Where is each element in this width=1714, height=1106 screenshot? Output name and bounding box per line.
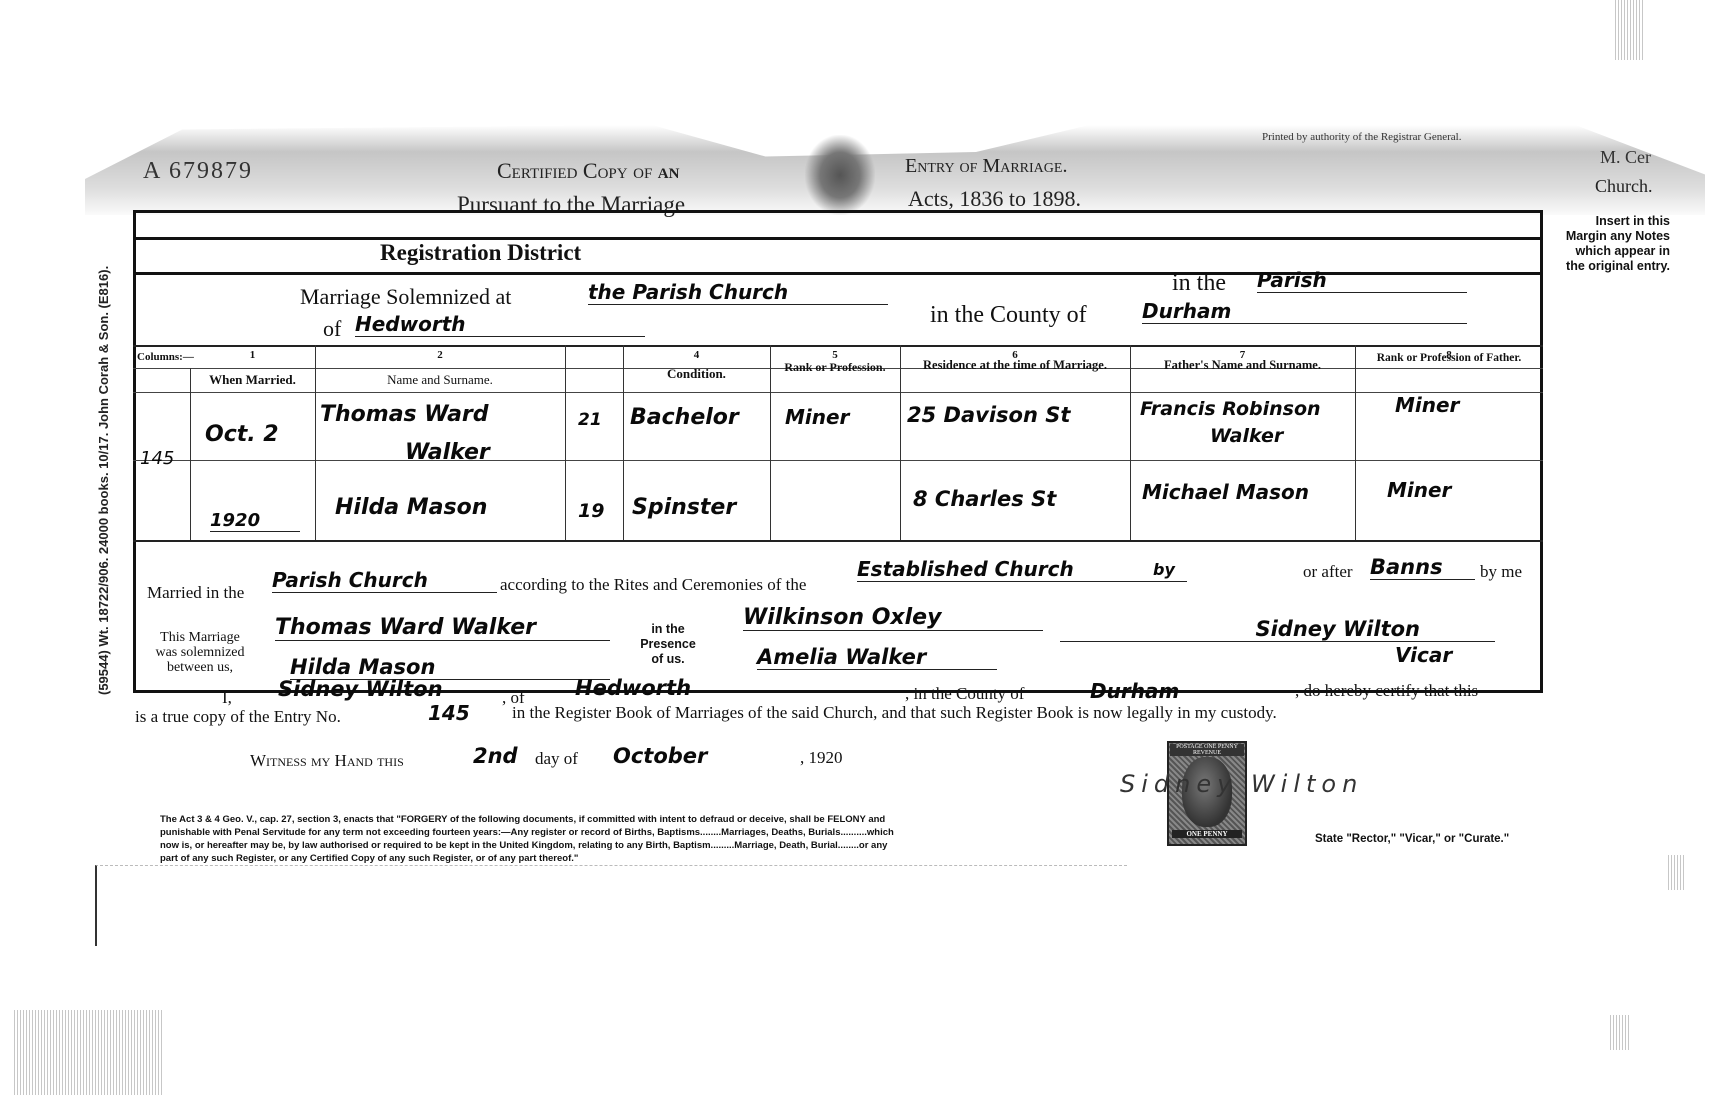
married-in-label: Married in the: [147, 583, 244, 603]
party-1-signature: Thomas Ward Walker: [275, 615, 610, 641]
grid-line: [1130, 345, 1131, 540]
column-header-condition: Condition.: [623, 366, 770, 382]
county-value: Durham: [1142, 299, 1467, 324]
solemnized-label: Marriage Solemnized at: [300, 284, 511, 310]
grid-line: [190, 368, 191, 540]
certifier-name: Sidney Wilton: [278, 677, 443, 701]
title-an: an: [658, 158, 680, 183]
scan-noise: [14, 1010, 164, 1095]
royal-coat-of-arms-icon: [805, 135, 875, 215]
groom-profession: Miner: [785, 405, 849, 429]
column-number: 1: [190, 349, 315, 361]
groom-residence: 25 Davison St: [907, 403, 1070, 427]
registration-district-label: Registration District: [380, 240, 581, 266]
entry-date-day: Oct. 2: [205, 422, 279, 447]
or-after-value: Banns: [1370, 555, 1475, 580]
rites-value: Established Church: [857, 557, 1187, 582]
solemnized-place: the Parish Church: [588, 280, 888, 305]
scan-noise: [1668, 855, 1686, 890]
forgery-legal-notice: The Act 3 & 4 Geo. V., cap. 27, section …: [160, 813, 895, 865]
title-line-4: Acts, 1836 to 1898.: [908, 186, 1081, 212]
bride-name: Hilda Mason: [335, 495, 487, 520]
cert-county-label: , in the County of: [905, 684, 1024, 704]
scan-noise: [1610, 1015, 1630, 1050]
frame-divider: [133, 237, 1543, 240]
grid-line: [900, 345, 901, 540]
stamp-top-text: POSTAGE ONE PENNY REVENUE: [1170, 744, 1244, 756]
rites-label: according to the Rites and Ceremonies of…: [500, 575, 806, 595]
day-of-label: day of: [535, 749, 578, 769]
witness-2-signature: Amelia Walker: [757, 645, 997, 670]
column-header-rank: Rank or Profession.: [770, 360, 900, 375]
grid-line: [565, 345, 566, 540]
column-header-when-married: When Married.: [190, 372, 315, 388]
by-label: by: [1153, 560, 1175, 579]
column-header-father-name: Father's Name and Surname.: [1130, 358, 1355, 373]
in-the-label: in the: [1172, 270, 1226, 297]
column-number: 2: [315, 349, 565, 361]
between-us-label: This Marriage was solemnized between us,: [150, 630, 250, 675]
state-title-note: State "Rector," "Vicar," or "Curate.": [1315, 833, 1509, 845]
groom-age: 21: [578, 410, 602, 430]
cert-certify-text: , do hereby certify that this: [1295, 681, 1478, 701]
groom-father-name-line-2: Walker: [1210, 425, 1283, 447]
officiant-title: Vicar: [1395, 643, 1452, 667]
title-certified-copy: Certified Copy of: [497, 158, 652, 183]
witness-1-signature: Wilkinson Oxley: [743, 605, 1043, 631]
of-label: of: [323, 316, 341, 342]
cert-register-text: in the Register Book of Marriages of the…: [512, 703, 1512, 723]
bride-condition: Spinster: [632, 495, 736, 520]
title-line-3: Entry of Marriage.: [905, 155, 1067, 178]
title-line-1: Certified Copy of an: [497, 158, 679, 184]
groom-condition: Bachelor: [630, 405, 739, 430]
stamp-value-text: ONE PENNY: [1172, 830, 1242, 838]
parish-value: Parish: [1257, 268, 1467, 293]
groom-father-name-line-1: Francis Robinson: [1140, 398, 1321, 420]
cert-true-copy-label: is a true copy of the Entry No.: [135, 707, 341, 727]
cert-day: 2nd: [473, 744, 518, 768]
margin-note: Insert in this Margin any Notes which ap…: [1560, 214, 1670, 274]
officiant-signature: Sidney Wilton: [1060, 617, 1495, 642]
column-header-name: Name and Surname.: [315, 372, 565, 388]
scan-shading: [85, 125, 1705, 215]
married-in-value: Parish Church: [272, 568, 497, 593]
bride-residence: 8 Charles St: [913, 487, 1056, 511]
grid-line: [133, 345, 1543, 347]
cert-i-label: I,: [222, 688, 232, 708]
certifier-signature: Sidney Wilton: [1120, 770, 1363, 798]
presence-label: in the Presence of us.: [633, 622, 703, 667]
grid-line: [133, 460, 1543, 461]
bride-father-profession: Miner: [1387, 478, 1451, 502]
document-fold-edge: [95, 865, 1127, 946]
bride-father-name: Michael Mason: [1142, 480, 1309, 504]
bride-age: 19: [578, 500, 604, 522]
printed-by-note: Printed by authority of the Registrar Ge…: [1262, 131, 1461, 143]
groom-name-line-2: Walker: [405, 440, 490, 465]
witness-hand-label: Witness my Hand this: [250, 751, 404, 771]
cert-of-value: Hedworth: [575, 676, 691, 700]
cert-month: October: [613, 744, 707, 768]
groom-name-line-1: Thomas Ward: [320, 402, 489, 427]
certificate-serial: A 679879: [143, 158, 253, 185]
county-label: in the County of: [930, 302, 1087, 329]
scan-noise: [1615, 0, 1643, 60]
cert-entry-number: 145: [428, 701, 470, 725]
of-place: Hedworth: [355, 312, 645, 337]
corner-label-top: M. Cer: [1600, 147, 1651, 168]
columns-prefix: Columns:—: [137, 351, 194, 363]
by-me-label: by me: [1480, 562, 1522, 582]
printer-imprint: (59544) Wt. 18722/906. 24000 books. 10/1…: [96, 266, 111, 695]
cert-year: , 1920: [800, 748, 843, 768]
grid-line: [133, 392, 1543, 393]
entry-number: 145: [140, 448, 174, 469]
column-number: 4: [623, 349, 770, 361]
entry-date-year: 1920: [210, 510, 300, 532]
cert-county-value: Durham: [1090, 679, 1179, 703]
grid-line: [133, 540, 1543, 542]
groom-father-profession: Miner: [1395, 393, 1459, 417]
or-after-label: or after: [1303, 562, 1353, 582]
grid-line: [1355, 345, 1356, 540]
column-header-father-rank: Rank or Profession of Father.: [1355, 352, 1543, 364]
column-header-residence: Residence at the time of Marriage.: [900, 358, 1130, 373]
corner-label-bottom: Church.: [1595, 176, 1653, 197]
